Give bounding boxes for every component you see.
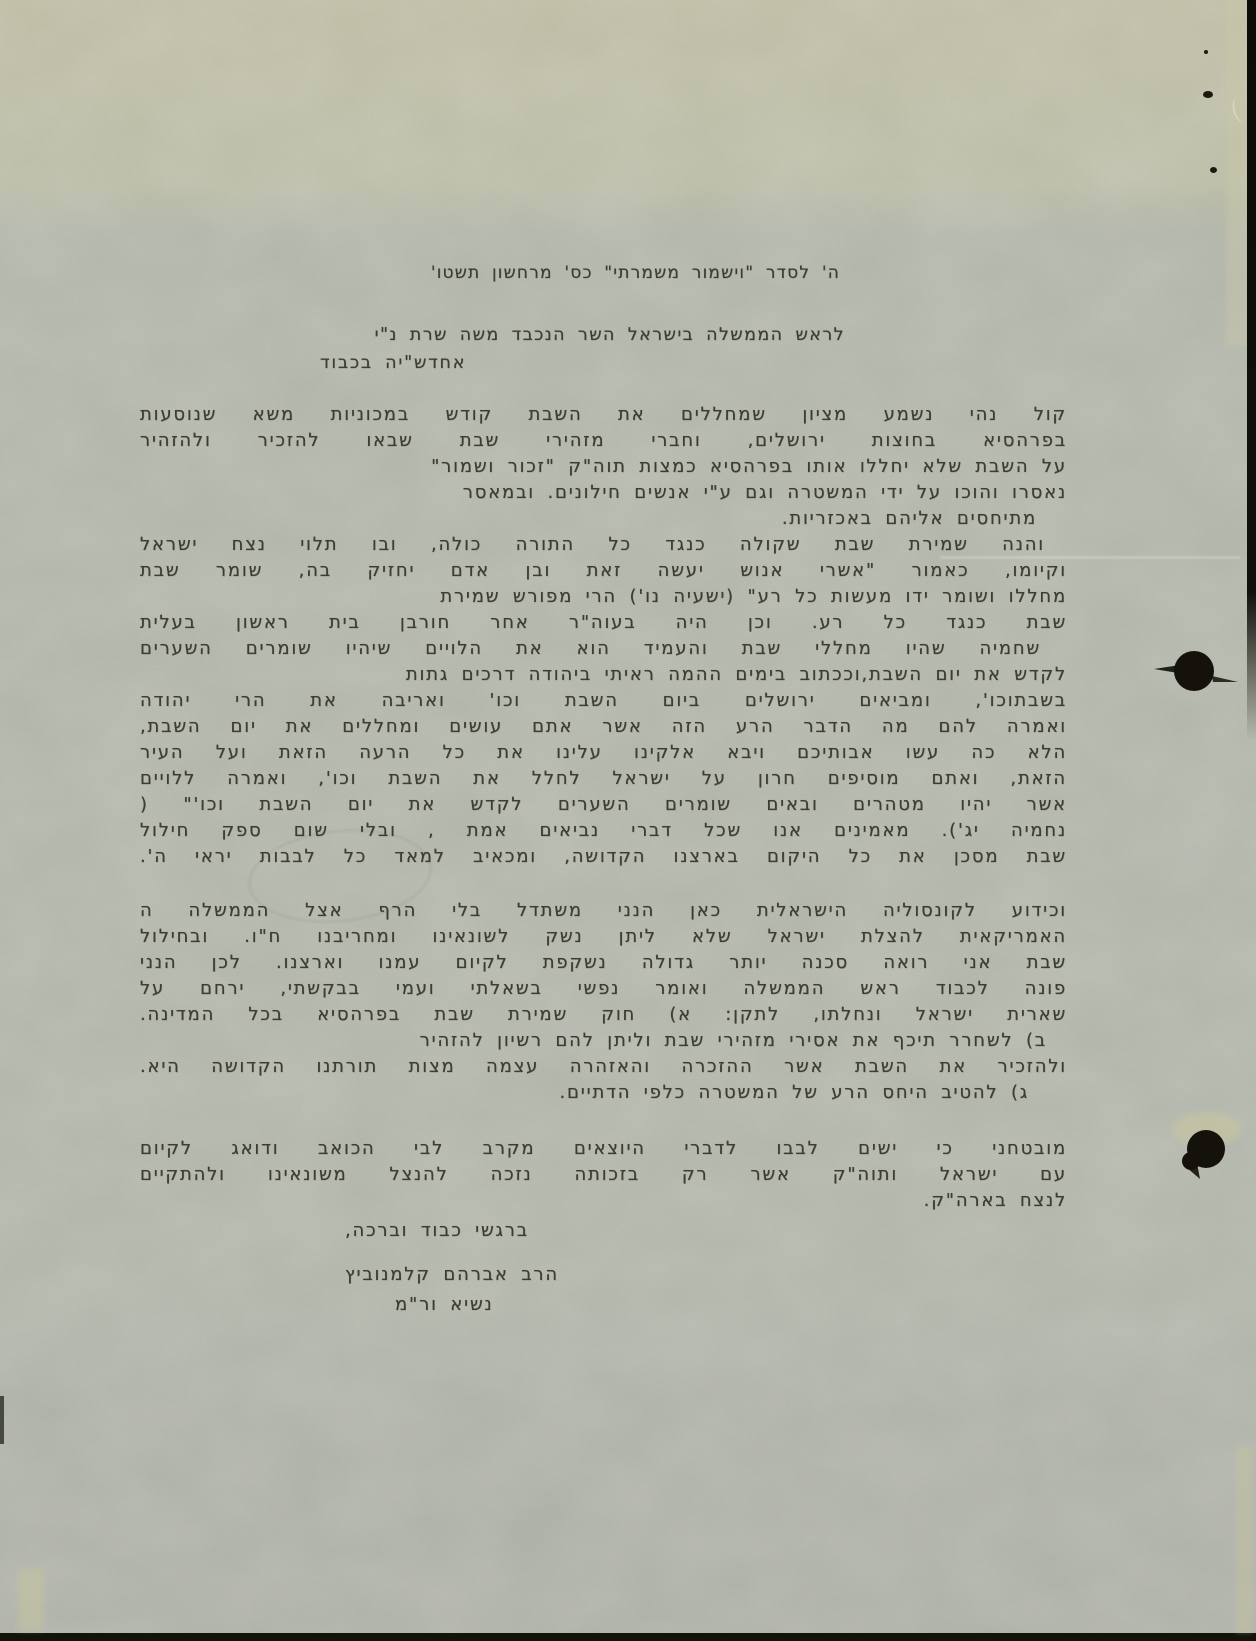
paper-discoloration-patch (1236, 1446, 1252, 1632)
letter-line: שבת מסכן את כל היקום בארצנו הקדושה, ומכא… (140, 844, 1067, 870)
letter-line: ולהזכיר את השבת אשר ההזכרה והאזהרה עצמה … (140, 1054, 1067, 1080)
letter-line: מובטחני כי ישים לבבו לדברי היוצאים מקרב … (140, 1136, 1067, 1162)
letter-line: האמריקאית להצלת ישראל שלא ליתן נשק לשונא… (140, 924, 1067, 950)
letter-recipient-line: לראש הממשלה בישראל השר הנכבד משה שרת נ"י (375, 325, 845, 345)
ink-blot-lower (1160, 1105, 1250, 1195)
letter-line: אשר יהיו מטהרים ובאים שומרים השערים לקדש… (140, 792, 1067, 818)
letter-line: לנצח בארה"ק. (140, 1188, 1067, 1214)
ink-speck (1210, 167, 1217, 173)
paragraph-1: קול נהי נשמע מציון שמחללים את השבת קודש … (140, 402, 1067, 870)
letter-line: שבת כנגד כל רע. וכן היה בעוה"ר אחר חורבן… (140, 610, 1067, 636)
letter-line: נחמיה יג'). מאמינים אנו שכל דברי נביאים … (140, 818, 1067, 844)
letter-line: על השבת שלא יחללו אותו בפרהסיא כמצות תוה… (140, 454, 1067, 480)
signature-title: נשיא ור"מ (395, 1294, 494, 1315)
blot-halo (1172, 1112, 1242, 1146)
ink-speck (1203, 91, 1213, 98)
letter-line: ג) להטיב היחס הרע של המשטרה כלפי הדתיים. (140, 1080, 1067, 1106)
closing-line: ברגשי כבוד וברכה, (345, 1220, 529, 1241)
scan-edge-right (1247, 0, 1256, 740)
letter-line: לקדש את יום השבת,וככתוב בימים ההמה ראיתי… (140, 662, 1067, 688)
letter-line: הלא כה עשו אבותיכם ויבא אלקינו עלינו את … (140, 740, 1067, 766)
letter-line: שחמיה שהיו מחללי שבת והעמיד הוא את הלויי… (140, 636, 1067, 662)
scan-edge-left-nick (0, 1396, 4, 1444)
paragraph-3: מובטחני כי ישים לבבו לדברי היוצאים מקרב … (140, 1136, 1067, 1214)
letter-line: פונה לכבוד ראש הממשלה ואומר נפשי בשאלתי … (140, 976, 1067, 1002)
scan-light-band-top (0, 0, 1256, 236)
scan-edge-tint (1226, 0, 1248, 345)
scanned-letter-page: ה' לסדר "וישמור משמרתי" כס' מרחשון תשטו'… (0, 0, 1256, 1641)
scan-edge-bottom (0, 1633, 1256, 1641)
letter-line: נאסרו והוכו על ידי המשטרה וגם ע"י אנשים … (140, 480, 1067, 506)
letter-line: שארית ישראל ונחלתו, לתקן: א) חוק שמירת ש… (140, 1002, 1067, 1028)
ink-speck (1204, 50, 1208, 54)
letter-line: ואמרה להם מה הדבר הרע הזה אשר אתם עושים … (140, 714, 1067, 740)
letter-line: והנה שמירת שבת שקולה כנגד כל התורה כולה,… (140, 532, 1067, 558)
letter-line: וקיומו, כאמור "אשרי אנוש יעשה זאת ובן אד… (140, 558, 1067, 584)
letter-line: בפרהסיא בחוצות ירושלים, וחברי מזהירי שבת… (140, 428, 1067, 454)
letter-salutation-line: אחדש"יה בכבוד (320, 353, 466, 373)
letter-line: מתיחסים אליהם באכזריות. (140, 506, 1067, 532)
paper-discoloration-patch (18, 1568, 44, 1630)
letter-line: בשבתוכו', ומביאים ירושלים ביום השבת וכו'… (140, 688, 1067, 714)
letter-line: קול נהי נשמע מציון שמחללים את השבת קודש … (140, 402, 1067, 428)
letter-line: ב) לשחרר תיכף את אסירי מזהירי שבת וליתן … (140, 1028, 1067, 1054)
letter-line: שבת אני רואה סכנה יותר גדולה נשקפת לקיום… (140, 950, 1067, 976)
letter-line: הזאת, ואתם מוסיפים חרון על ישראל לחלל את… (140, 766, 1067, 792)
signature-name: הרב אברהם קלמנוביץ (345, 1264, 559, 1285)
scan-edge-notch (1230, 94, 1254, 125)
letter-line: מחללו ושומר ידו מעשות כל רע" (ישעיה נו')… (140, 584, 1067, 610)
letter-line: וכידוע לקונסוליה הישראלית כאן הנני משתדל… (140, 898, 1067, 924)
paragraph-2: וכידוע לקונסוליה הישראלית כאן הנני משתדל… (140, 898, 1067, 1106)
letter-date-line: ה' לסדר "וישמור משמרתי" כס' מרחשון תשטו' (431, 263, 840, 283)
letter-line: עם ישראל ותוה"ק אשר רק בזכותה נזכה להנצל… (140, 1162, 1067, 1188)
ink-blot-upper (1150, 640, 1250, 710)
scan-light-band-bottom (0, 1290, 1256, 1641)
